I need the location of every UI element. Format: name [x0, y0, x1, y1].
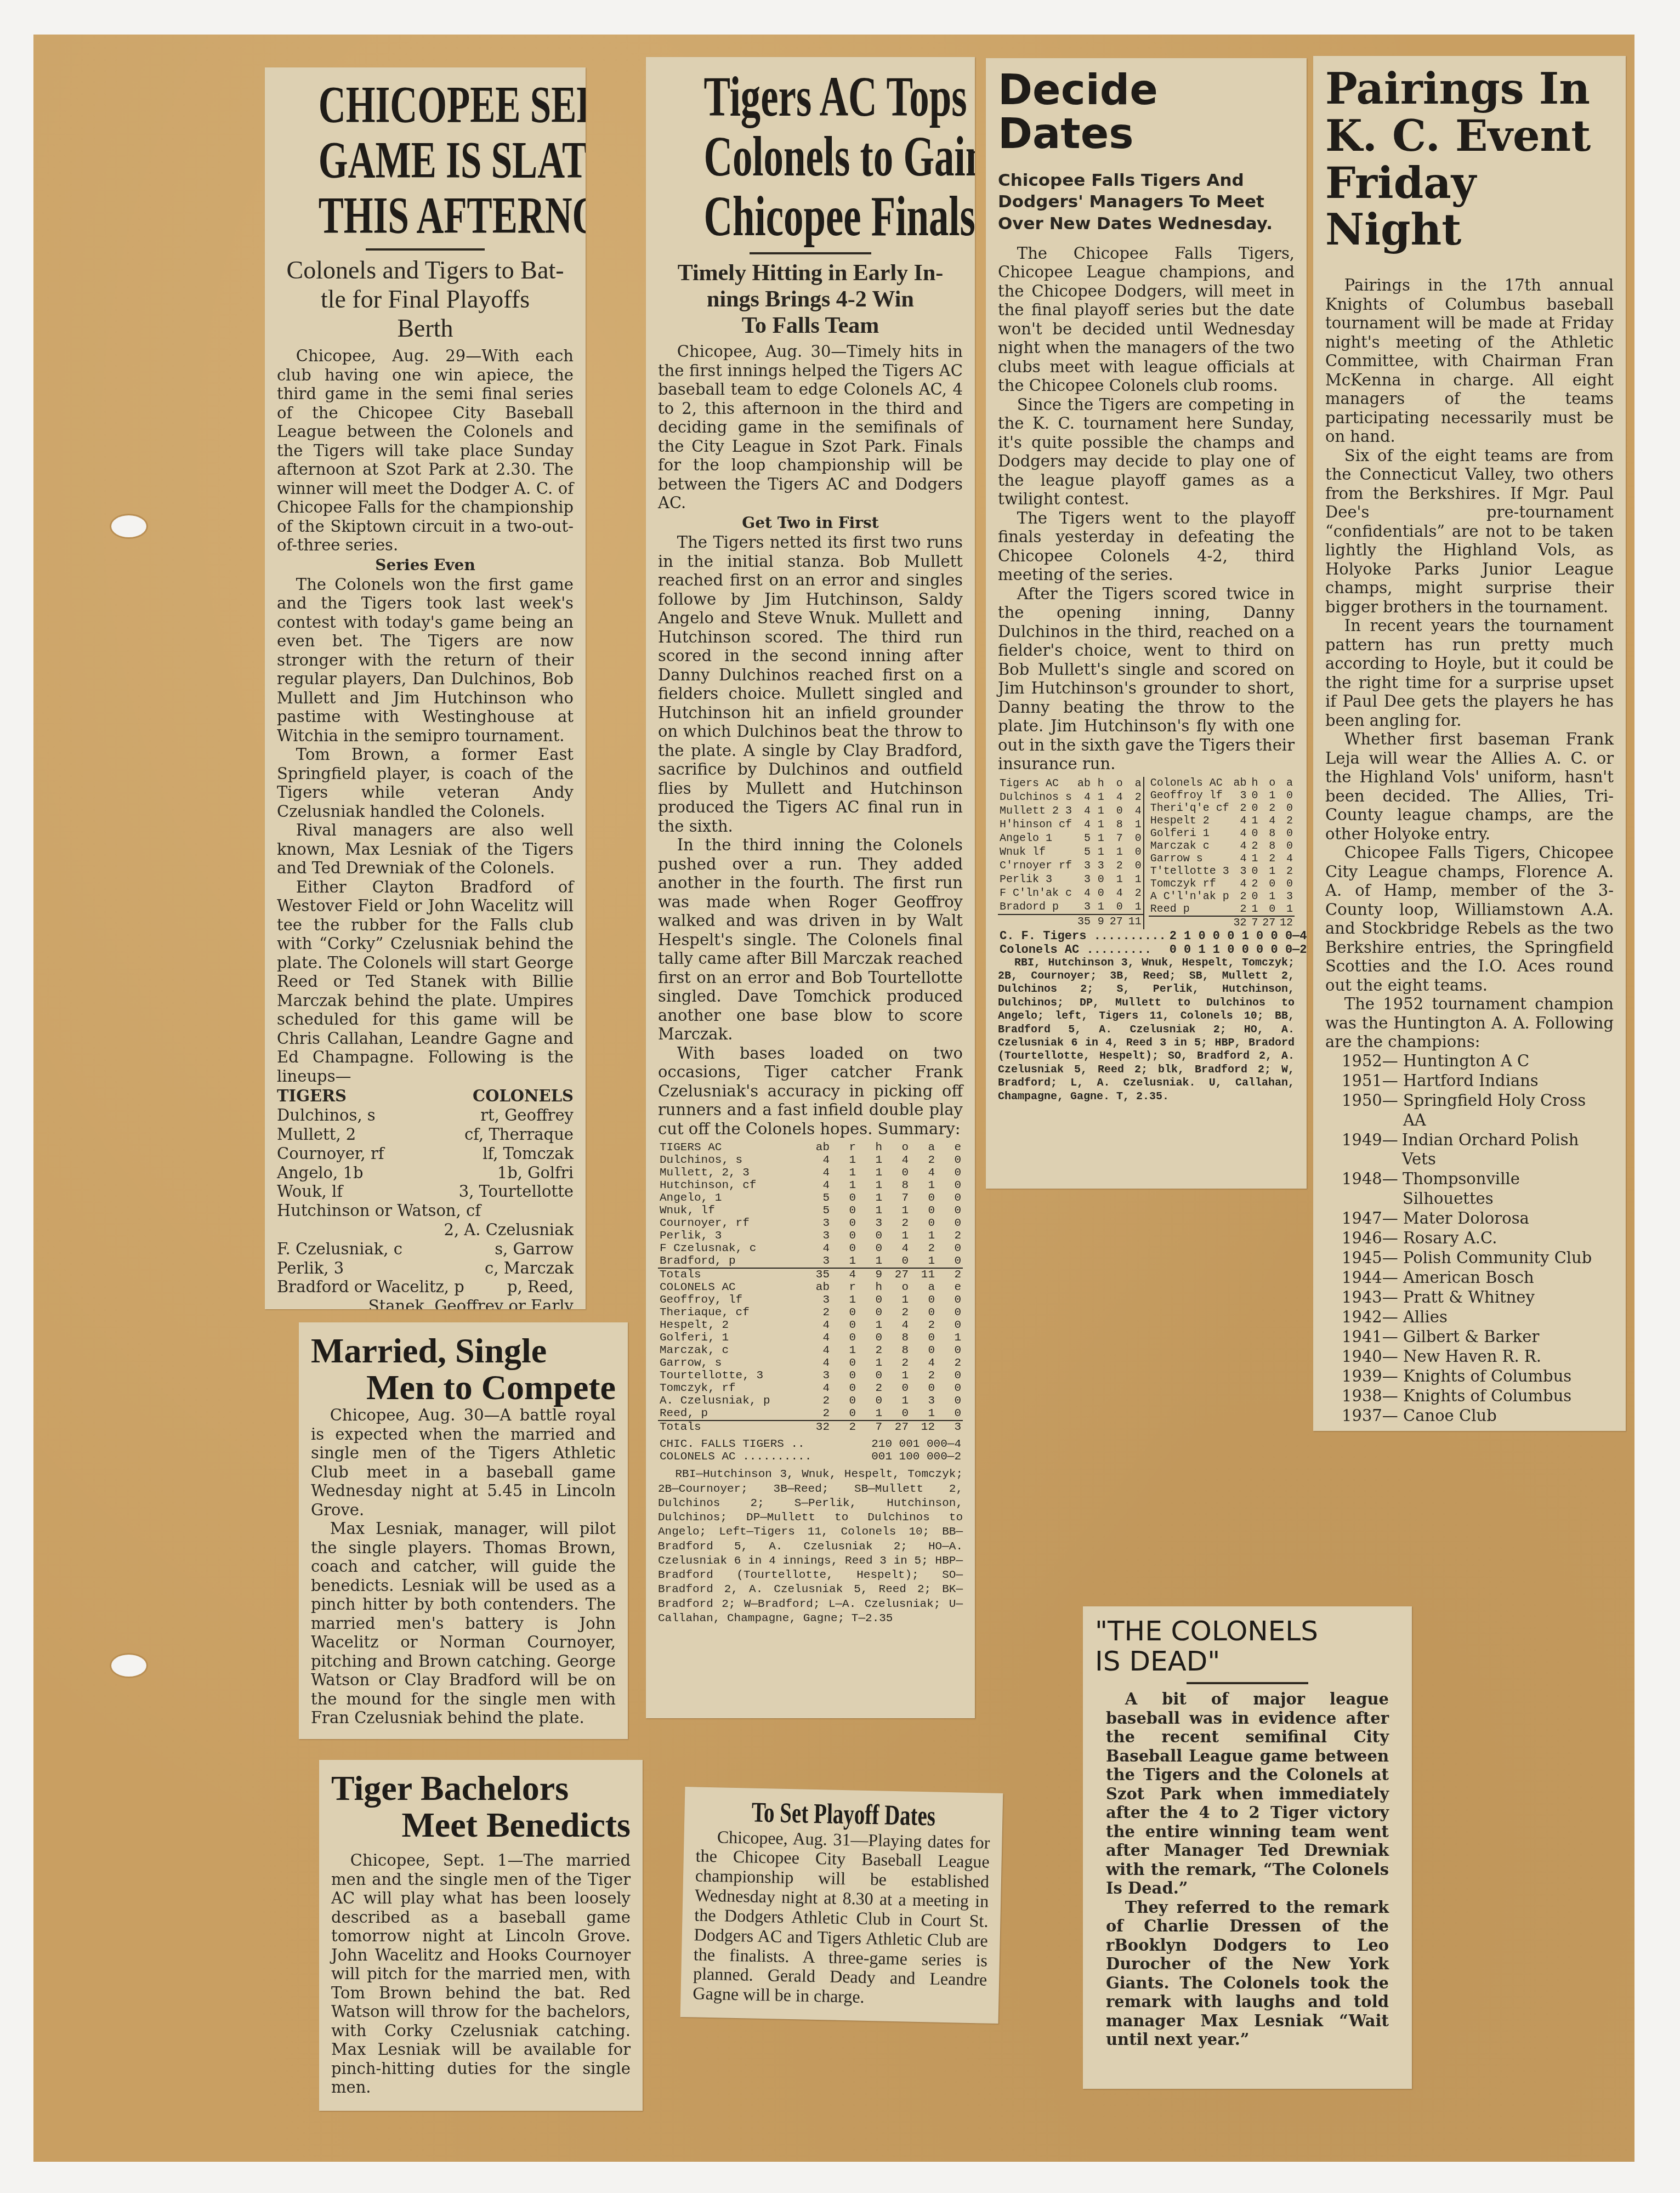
player-name: Wnuk lf: [998, 845, 1074, 859]
column-header: o: [884, 1281, 910, 1294]
tigers-player: Bradford or Wacelitz, p: [277, 1277, 464, 1297]
table-row: Tourtellotte, 3300120: [658, 1370, 963, 1382]
stat-cell: 4: [805, 1319, 831, 1332]
champion-year: 1949—: [1342, 1130, 1402, 1170]
champion-team: New Haven R. R.: [1403, 1347, 1541, 1367]
champion-row: 1948—Thompsonville Silhouettes: [1342, 1169, 1614, 1209]
lineup-row: Mullett, 2cf, Therraque: [277, 1125, 574, 1144]
article-body: Chicopee, Sept. 1—The married men and th…: [331, 1851, 631, 2097]
colonels-player: 3, Tourtellotte: [459, 1182, 574, 1201]
champion-row: 1939—Knights of Columbus: [1342, 1367, 1614, 1387]
table-row: Mullett 2 34104: [998, 804, 1144, 818]
stat-cell: 3: [1074, 900, 1092, 914]
table-row: Geoffroy, lf310100: [658, 1294, 963, 1306]
player-name: Reed, p: [658, 1407, 805, 1421]
stat-cell: 0: [1092, 887, 1106, 900]
paragraph: Chicopee Falls Tigers, Chicopee City Lea…: [1325, 843, 1614, 995]
column-header: o: [1259, 777, 1277, 789]
subheadline-line: Colonels and Tigers to Bat-: [277, 256, 574, 285]
stat-cell: 2: [858, 1344, 884, 1357]
column-header: h: [1092, 777, 1106, 791]
table-row: Theri'q'e cf2020: [1149, 802, 1295, 815]
stat-cell: 1: [1277, 903, 1295, 916]
stat-cell: 0: [1248, 890, 1260, 903]
innings: 210 001 000—4: [849, 1438, 963, 1451]
stat-cell: 0: [1125, 859, 1144, 873]
headline-line: IS DEAD": [1095, 1646, 1400, 1677]
stat-cell: 1: [910, 1230, 937, 1242]
table-row: Hutchinson, cf411810: [658, 1179, 963, 1192]
lineup-row: Dulchinos, srt, Geoffrey: [277, 1106, 574, 1125]
totals-label: Totals: [658, 1268, 805, 1281]
stat-cell: 4: [910, 1357, 937, 1370]
stat-cell: 2: [884, 1357, 910, 1370]
total-cell: 7: [1248, 916, 1260, 929]
stat-cell: 5: [805, 1205, 831, 1217]
stat-cell: 4: [884, 1242, 910, 1255]
box-score: Tigers ACabhoaDulchinos s4142Mullett 2 3…: [998, 777, 1295, 929]
stat-cell: 2: [1125, 791, 1144, 804]
lineup-row: 2, A. Czelusniak: [277, 1220, 574, 1240]
stat-cell: 2: [1259, 853, 1277, 865]
table-row: T'tellotte 33012: [1149, 865, 1295, 878]
lineup-list: Dulchinos, srt, GeoffreyMullett, 2cf, Th…: [277, 1106, 574, 1309]
table-row: Theriaque, cf200200: [658, 1306, 963, 1319]
table-row: Garrow, s401242: [658, 1357, 963, 1370]
champion-year: 1943—: [1342, 1288, 1403, 1308]
stat-cell: 4: [805, 1344, 831, 1357]
player-name: Garrow s: [1149, 853, 1231, 865]
box-score-tigers: Tigers ACabhoaDulchinos s4142Mullett 2 3…: [998, 777, 1144, 929]
tigers-player: Angelo, 1b: [277, 1163, 364, 1183]
champion-row: 1942—Allies: [1342, 1308, 1614, 1327]
stat-cell: 1: [858, 1167, 884, 1179]
stat-cell: 1: [1092, 791, 1106, 804]
stat-cell: 1: [1248, 853, 1260, 865]
totals-label: Totals: [658, 1421, 805, 1434]
table-row: F Czelusnak, c400420: [658, 1242, 963, 1255]
column-header: e: [937, 1281, 963, 1294]
headline-line: K. C. Event: [1325, 113, 1614, 160]
champion-row: 1944—American Bosch: [1342, 1268, 1614, 1288]
column-header: ab: [805, 1281, 831, 1294]
column-header: a: [1277, 777, 1295, 789]
stat-cell: 0: [910, 1306, 937, 1319]
stat-cell: 0: [831, 1306, 858, 1319]
lineup-row: Hutchinson or Watson, cf: [277, 1201, 574, 1220]
table-row: F C'ln'ak c4042: [998, 887, 1144, 900]
champion-row: 1947—Mater Dolorosa: [1342, 1209, 1614, 1229]
stat-cell: 2: [805, 1306, 831, 1319]
headline: To Set Playoff Dates: [696, 1797, 991, 1833]
headline-line: Pairings In: [1325, 66, 1614, 113]
colonels-player: c, Marczak: [485, 1259, 574, 1278]
total-cell: 7: [858, 1421, 884, 1434]
stat-cell: 7: [884, 1192, 910, 1205]
stat-cell: 0: [1248, 789, 1260, 802]
stat-cell: 0: [910, 1382, 937, 1395]
champion-year: 1939—: [1342, 1367, 1403, 1387]
champion-row: 1951—Hartford Indians: [1342, 1071, 1614, 1091]
clipping-pairings: Pairings In K. C. Event Friday Night Pai…: [1313, 56, 1626, 1431]
stat-cell: 0: [831, 1217, 858, 1230]
table-row: Golferi 14080: [1149, 827, 1295, 840]
stat-cell: 3: [805, 1370, 831, 1382]
stat-cell: 2: [1106, 859, 1125, 873]
stat-cell: 3: [1092, 859, 1106, 873]
stat-cell: 1: [1092, 845, 1106, 859]
stat-cell: 0: [831, 1205, 858, 1217]
table-row: Tomczyk rf4200: [1149, 878, 1295, 890]
line-score-row: Colonels AC .........0 0 1 1 0 0 0 0 0—2: [998, 943, 1307, 957]
player-name: Marczak c: [1149, 840, 1231, 853]
stat-cell: 5: [1074, 832, 1092, 845]
stat-cell: 0: [910, 1217, 937, 1230]
section-head: Series Even: [277, 556, 574, 574]
champion-year: 1938—: [1342, 1387, 1403, 1406]
champion-team: Allies: [1403, 1308, 1448, 1327]
paragraph: The Tigers went to the playoff finals ye…: [998, 509, 1295, 584]
stat-cell: 4: [1231, 853, 1248, 865]
table-header-row: Tigers ACabhoa: [998, 777, 1144, 791]
team-name: CHIC. FALLS TIGERS ..: [658, 1438, 849, 1451]
headline: Married, Single Men to Compete: [311, 1332, 616, 1406]
line-score-row: C. F. Tigers ..........2 1 0 0 0 1 0 0 0…: [998, 929, 1307, 943]
table-row: Perlik, 3300112: [658, 1230, 963, 1242]
column-header: a: [1125, 777, 1144, 791]
stat-cell: 4: [1277, 853, 1295, 865]
totals-row: Totals322727123: [658, 1421, 963, 1434]
stat-cell: 5: [805, 1192, 831, 1205]
stat-cell: 1: [858, 1407, 884, 1421]
subheadline-line: Over New Dates Wednesday.: [998, 213, 1295, 235]
stat-cell: 0: [1106, 900, 1125, 914]
stat-cell: 0: [1125, 845, 1144, 859]
champion-year: 1942—: [1342, 1308, 1403, 1327]
stat-cell: 1: [858, 1192, 884, 1205]
stat-cell: 0: [1277, 802, 1295, 815]
champion-team: American Bosch: [1403, 1268, 1534, 1288]
headline: Pairings In K. C. Event Friday Night: [1325, 66, 1614, 254]
stat-cell: 0: [937, 1395, 963, 1407]
article-body: Chicopee, Aug. 30—Timely hits in the fir…: [658, 342, 963, 1138]
headline-line: Colonels to Gain: [703, 127, 917, 186]
stat-cell: 4: [1074, 804, 1092, 818]
stat-cell: 4: [805, 1382, 831, 1395]
stat-cell: 1: [1092, 900, 1106, 914]
divider: [750, 252, 871, 254]
table-row: Mullett, 2, 3411040: [658, 1167, 963, 1179]
team-name: C. F. Tigers ..........: [998, 929, 1168, 943]
stat-cell: 8: [884, 1179, 910, 1192]
stat-cell: 2: [1231, 802, 1248, 815]
stat-cell: 4: [1074, 791, 1092, 804]
champion-row: 1949—Indian Orchard Polish Vets: [1342, 1130, 1614, 1170]
stat-cell: 8: [1259, 827, 1277, 840]
stat-cell: 1: [1248, 815, 1260, 827]
stat-cell: 0: [831, 1319, 858, 1332]
tigers-player: Hutchinson or Watson, cf: [277, 1201, 481, 1220]
champion-row: 1937—Canoe Club: [1342, 1406, 1614, 1426]
line-score-row: CHIC. FALLS TIGERS ..210 001 000—4: [658, 1438, 963, 1451]
table-header-row: TIGERS ACabrhoae: [658, 1141, 963, 1154]
stat-cell: 1: [831, 1154, 858, 1167]
stat-cell: 0: [937, 1255, 963, 1268]
champion-team: Canoe Club: [1403, 1406, 1497, 1426]
stat-cell: 4: [1231, 878, 1248, 890]
stat-cell: 1: [884, 1230, 910, 1242]
headline-line: Tiger Bachelors: [331, 1770, 631, 1806]
innings: 2 1 0 0 0 1 0 0 0—4: [1168, 929, 1307, 943]
stat-cell: 2: [1231, 890, 1248, 903]
player-name: A C'l'n'ak p: [1149, 890, 1231, 903]
stat-cell: 1: [831, 1255, 858, 1268]
headline-line: Men to Compete: [311, 1369, 616, 1406]
player-name: Cournoyer, rf: [658, 1217, 805, 1230]
team-label: COLONELS AC: [658, 1281, 805, 1294]
article-body: A bit of major league baseball was in ev…: [1095, 1690, 1400, 2049]
stat-cell: 3: [805, 1217, 831, 1230]
table-header-row: COLONELS ACabrhoae: [658, 1281, 963, 1294]
line-score-table: C. F. Tigers ..........2 1 0 0 0 1 0 0 0…: [998, 929, 1307, 957]
stat-cell: 3: [1074, 859, 1092, 873]
paragraph: Pairings in the 17th annual Knights of C…: [1325, 276, 1614, 446]
game-notes: RBI, Hutchinson 3, Wnuk, Hespelt, Tomczy…: [998, 957, 1295, 1104]
stat-cell: 0: [831, 1395, 858, 1407]
paragraph: Tom Brown, a former East Springfield pla…: [277, 745, 574, 821]
stat-cell: 0: [910, 1344, 937, 1357]
stat-cell: 0: [937, 1344, 963, 1357]
stat-cell: 0: [937, 1370, 963, 1382]
headline: CHICOPEE SERIES GAME IS SLATED THIS AFTE…: [277, 77, 574, 243]
total-cell: 9: [858, 1268, 884, 1281]
paragraph: A bit of major league baseball was in ev…: [1106, 1690, 1389, 1898]
stat-cell: 2: [1248, 878, 1260, 890]
stat-cell: 0: [937, 1294, 963, 1306]
stat-cell: 0: [937, 1179, 963, 1192]
stat-cell: 2: [937, 1230, 963, 1242]
player-name: C'rnoyer rf: [998, 859, 1074, 873]
stat-cell: 0: [937, 1306, 963, 1319]
champion-year: 1945—: [1342, 1248, 1403, 1268]
stat-cell: 0: [831, 1242, 858, 1255]
stat-cell: 0: [937, 1319, 963, 1332]
colonels-player: lf, Tomczak: [483, 1144, 574, 1163]
total-cell: 9: [1092, 914, 1106, 929]
stat-cell: 3: [805, 1230, 831, 1242]
player-name: Geoffroy lf: [1149, 789, 1231, 802]
total-cell: 27: [1259, 916, 1277, 929]
champion-team: Gilbert & Barker: [1403, 1327, 1539, 1347]
player-name: Dulchinos, s: [658, 1154, 805, 1167]
colonels-player: p, Reed,: [507, 1277, 574, 1297]
table-row: Dulchinos, s411420: [658, 1154, 963, 1167]
paragraph: The Tigers netted its first two runs in …: [658, 533, 963, 836]
stat-cell: 2: [910, 1319, 937, 1332]
paragraph: In the third inning the Colonels pushed …: [658, 836, 963, 1044]
stat-cell: 0: [858, 1230, 884, 1242]
player-name: Marczak, c: [658, 1344, 805, 1357]
colonels-player: 1b, Golfri: [497, 1163, 574, 1183]
total-cell: 4: [831, 1268, 858, 1281]
total-cell: 35: [1074, 914, 1092, 929]
table-row: Golferi, 1400801: [658, 1332, 963, 1344]
stat-cell: 4: [1125, 804, 1144, 818]
stat-cell: 0: [831, 1382, 858, 1395]
stat-cell: 3: [1277, 890, 1295, 903]
stat-cell: 2: [1231, 903, 1248, 916]
champion-row: 1946—Rosary A.C.: [1342, 1229, 1614, 1248]
lineup-row: F. Czelusniak, cs, Garrow: [277, 1240, 574, 1259]
champion-team: Mater Dolorosa: [1403, 1209, 1529, 1229]
stat-cell: 0: [884, 1167, 910, 1179]
stat-cell: 1: [831, 1294, 858, 1306]
stat-cell: 4: [1231, 815, 1248, 827]
subheadline-line: tle for Final Playoffs: [277, 285, 574, 314]
table-row: Hespelt, 2401420: [658, 1319, 963, 1332]
total-cell: 11: [1125, 914, 1144, 929]
stat-cell: 1: [884, 1370, 910, 1382]
stat-cell: 0: [831, 1370, 858, 1382]
game-notes: RBI—Hutchinson 3, Wnuk, Hespelt, Tomczyk…: [658, 1468, 963, 1626]
table-row: Angelo, 1501700: [658, 1192, 963, 1205]
stat-cell: 4: [1074, 818, 1092, 832]
stat-cell: 4: [1106, 791, 1125, 804]
lineup-row: Perlik, 3c, Marczak: [277, 1259, 574, 1278]
stat-cell: 1: [1092, 832, 1106, 845]
player-name: F C'ln'ak c: [998, 887, 1074, 900]
paragraph: The Chicopee Falls Tigers, Chicopee Leag…: [998, 244, 1295, 395]
tigers-player: Perlik, 3: [277, 1259, 344, 1278]
total-cell: 27: [884, 1421, 910, 1434]
player-name: H'hinson cf: [998, 818, 1074, 832]
champion-team: Knights of Columbus: [1403, 1387, 1571, 1406]
table-row: A C'l'n'ak p2013: [1149, 890, 1295, 903]
box-score-table: TIGERS ACabrhoaeDulchinos, s411420Mullet…: [658, 1141, 963, 1434]
headline: "THE COLONELS IS DEAD": [1095, 1616, 1400, 1677]
stat-cell: 1: [910, 1407, 937, 1421]
player-name: Tourtellotte, 3: [658, 1370, 805, 1382]
line-score-table: CHIC. FALLS TIGERS ..210 001 000—4COLONE…: [658, 1438, 963, 1463]
totals-row: Totals354927112: [658, 1268, 963, 1281]
stat-cell: 1: [1106, 873, 1125, 887]
punch-hole: [111, 515, 146, 537]
player-name: Bradford, p: [658, 1255, 805, 1268]
stat-cell: 8: [884, 1332, 910, 1344]
stat-cell: 1: [858, 1154, 884, 1167]
clipping-chicopee-series: CHICOPEE SERIES GAME IS SLATED THIS AFTE…: [265, 67, 586, 1309]
player-name: Golferi, 1: [658, 1332, 805, 1344]
punch-hole: [111, 1655, 146, 1677]
headline-line: CHICOPEE SERIES: [319, 77, 532, 133]
article-body: Chicopee, Aug. 29—With each club having …: [277, 346, 574, 1086]
player-name: Golferi 1: [1149, 827, 1231, 840]
colonels-player: Stanek, Geoffrey or Early: [368, 1297, 574, 1309]
team-label: Colonels AC: [1149, 777, 1231, 789]
stat-cell: 2: [910, 1154, 937, 1167]
player-name: Bradord p: [998, 900, 1074, 914]
totals-label: [1149, 916, 1231, 929]
clipping-to-set-playoff-dates: To Set Playoff Dates Chicopee, Aug. 31—P…: [680, 1787, 1003, 2024]
stat-cell: 2: [1277, 815, 1295, 827]
stat-cell: 4: [1231, 827, 1248, 840]
article-body: Pairings in the 17th annual Knights of C…: [1325, 276, 1614, 1052]
column-header: ab: [1231, 777, 1248, 789]
champion-row: 1945—Polish Community Club: [1342, 1248, 1614, 1268]
column-header: r: [831, 1141, 858, 1154]
stat-cell: 0: [937, 1407, 963, 1421]
colonels-player: 2, A. Czelusniak: [444, 1220, 574, 1240]
clipping-decide-dates: Decide Dates Chicopee Falls Tigers And D…: [986, 58, 1307, 1189]
stat-cell: 1: [884, 1395, 910, 1407]
champion-year: 1950—: [1342, 1091, 1403, 1130]
champion-row: 1940—New Haven R. R.: [1342, 1347, 1614, 1367]
champion-row: 1941—Gilbert & Barker: [1342, 1327, 1614, 1347]
table-row: Angelo 15170: [998, 832, 1144, 845]
champion-team: Huntington A C: [1403, 1052, 1529, 1071]
champion-team: Thompsonville Silhouettes: [1403, 1169, 1614, 1209]
stat-cell: 2: [1277, 865, 1295, 878]
stat-cell: 1: [1125, 873, 1144, 887]
paragraph: Chicopee, Aug. 29—With each club having …: [277, 346, 574, 555]
paragraph: The 1952 tournament champion was the Hun…: [1325, 995, 1614, 1052]
stat-cell: 1: [858, 1179, 884, 1192]
stat-cell: 4: [884, 1319, 910, 1332]
lineup-row: Bradford or Wacelitz, pp, Reed,: [277, 1277, 574, 1297]
tigers-player: Mullett, 2: [277, 1125, 356, 1144]
stat-cell: 0: [884, 1255, 910, 1268]
totals-label: [998, 914, 1074, 929]
stat-cell: 1: [1125, 818, 1144, 832]
lineup-row: Wouk, lf3, Tourtellotte: [277, 1182, 574, 1201]
player-name: Angelo 1: [998, 832, 1074, 845]
column-header: r: [831, 1281, 858, 1294]
stat-cell: 1: [1259, 789, 1277, 802]
total-cell: 32: [1231, 916, 1248, 929]
stat-cell: 0: [937, 1382, 963, 1395]
stat-cell: 2: [884, 1217, 910, 1230]
lineup-row: Cournoyer, rflf, Tomczak: [277, 1144, 574, 1163]
column-header: h: [858, 1281, 884, 1294]
player-name: A. Czelusniak, p: [658, 1395, 805, 1407]
stat-cell: 4: [1106, 887, 1125, 900]
stat-cell: 1: [1092, 804, 1106, 818]
subheadline-line: Dodgers' Managers To Meet: [998, 191, 1295, 213]
team-name: COLONELS AC ..........: [658, 1451, 849, 1463]
stat-cell: 4: [1259, 815, 1277, 827]
stat-cell: 1: [831, 1167, 858, 1179]
player-name: Reed p: [1149, 903, 1231, 916]
player-name: Hutchinson, cf: [658, 1179, 805, 1192]
stat-cell: 3: [910, 1395, 937, 1407]
headline-line: THIS AFTERNOON: [319, 188, 532, 243]
stat-cell: 3: [805, 1255, 831, 1268]
stat-cell: 0: [1277, 789, 1295, 802]
subheadline-line: To Falls Team: [658, 313, 963, 339]
stat-cell: 0: [1125, 832, 1144, 845]
table-row: Reed p2101: [1149, 903, 1295, 916]
headline-line: GAME IS SLATED: [319, 133, 532, 188]
total-cell: 2: [937, 1268, 963, 1281]
subheadline-line: Timely Hitting in Early In-: [658, 260, 963, 286]
stat-cell: 0: [1277, 878, 1295, 890]
stat-cell: 1: [884, 1205, 910, 1217]
champion-year: 1940—: [1342, 1347, 1403, 1367]
table-row: Dulchinos s4142: [998, 791, 1144, 804]
player-name: Perlik 3: [998, 873, 1074, 887]
total-cell: 27: [884, 1268, 910, 1281]
stat-cell: 1: [831, 1344, 858, 1357]
